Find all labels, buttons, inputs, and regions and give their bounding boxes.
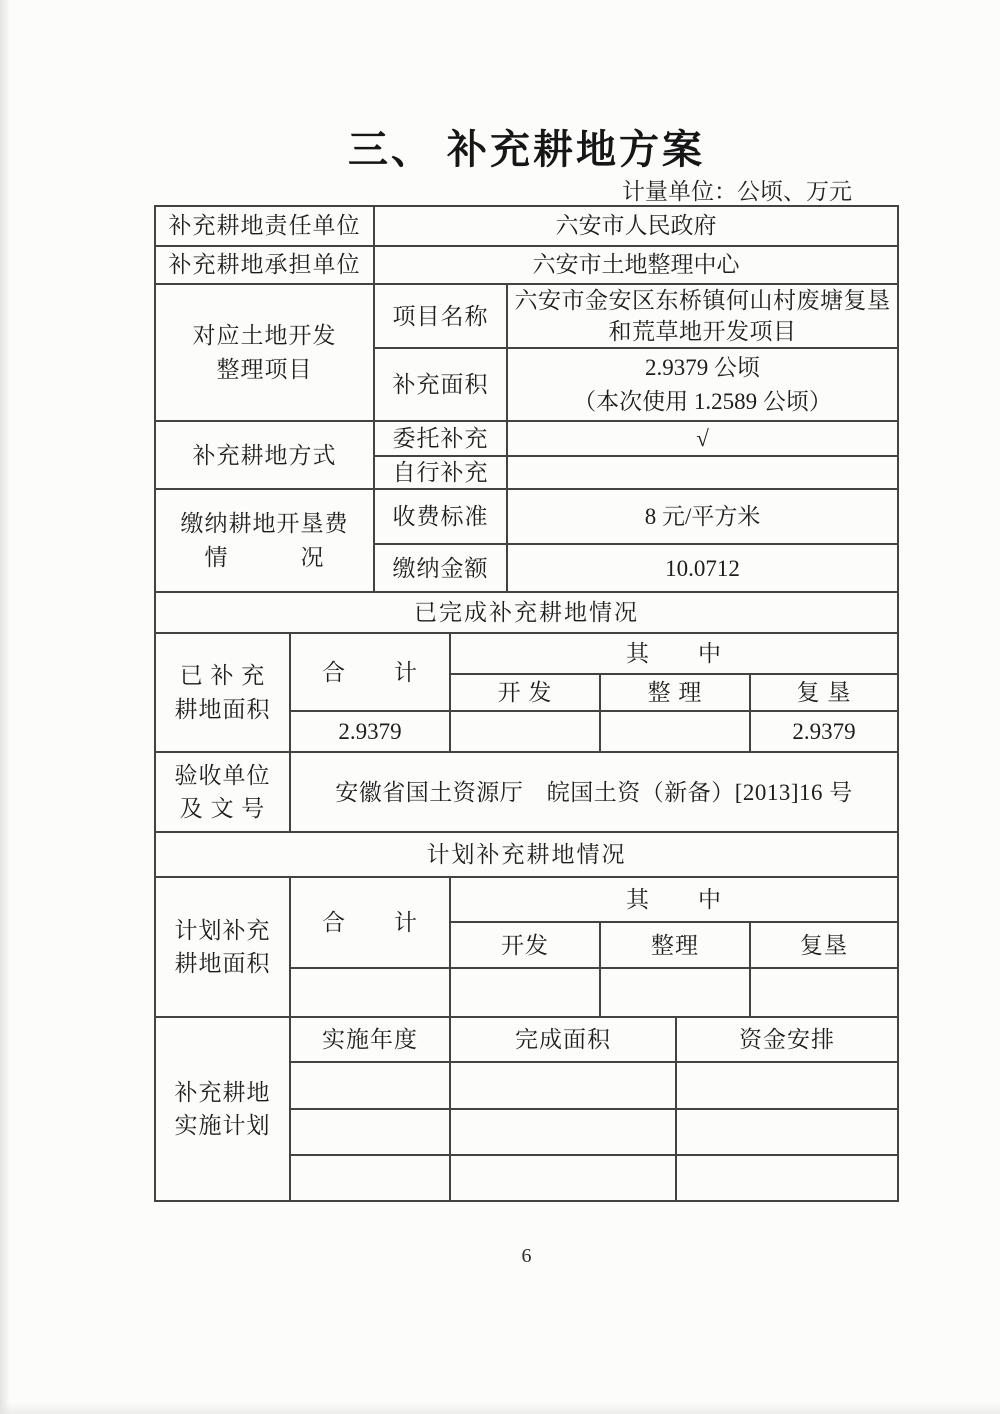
scan-edge-bottom [0,1402,1000,1414]
project-name-label: 项目名称 [374,284,507,348]
completed-area-label-line1: 已 补 充 [158,659,287,692]
completed-total-header: 合 计 [290,633,450,711]
planned-total-header: 合 计 [290,877,450,968]
self-supplement-label: 自行补充 [374,456,507,489]
completed-among-header: 其 中 [450,633,898,674]
implementation-fund-cell [676,1155,898,1201]
implementation-fund-cell [676,1062,898,1109]
acceptance-block-label: 验收单位 及 文 号 [155,752,290,832]
self-supplement-value [507,456,898,489]
completed-total-value: 2.9379 [290,711,450,752]
fee-block-label: 缴纳耕地开垦费 情 况 [155,489,374,592]
table-row: 补充耕地承担单位 六安市土地整理中心 [155,246,898,284]
supplement-area-value-line1: 2.9379 公顷 [510,351,895,384]
table-row: 补充耕地方式 委托补充 √ [155,421,898,456]
completed-area-label-line2: 耕地面积 [158,693,287,726]
table-row: 补充耕地 实施计划 实施年度 完成面积 资金安排 [155,1017,898,1062]
project-block-label-line2: 整理项目 [158,353,371,386]
supplement-area-value-line2: （本次使用 1.2589 公顷） [510,385,895,418]
completed-consolidate-header: 整 理 [600,674,750,711]
acceptance-document-value: 安徽省国土资源厅 皖国土资（新备）[2013]16 号 [290,752,898,832]
completed-reclaim-header: 复 垦 [750,674,898,711]
implementation-label-line1: 补充耕地 [158,1076,287,1109]
implementation-area-cell [450,1062,676,1109]
implementation-year-cell [290,1109,450,1155]
supplement-area-label: 补充面积 [374,348,507,421]
planned-section-title: 计划补充耕地情况 [155,832,898,877]
implementation-fund-header: 资金安排 [676,1017,898,1062]
table-row: 计划补充 耕地面积 合 计 其 中 [155,877,898,922]
planned-area-label-line1: 计划补充 [158,914,287,947]
entrusted-supplement-checkmark: √ [507,421,898,456]
table-row: 对应土地开发 整理项目 项目名称 六安市金安区东桥镇何山村废塘复垦和荒草地开发项… [155,284,898,348]
completed-develop-header: 开 发 [450,674,600,711]
implementation-year-cell [290,1062,450,1109]
fee-amount-value: 10.0712 [507,544,898,592]
supplementary-cultivated-land-table: 补充耕地责任单位 六安市人民政府 补充耕地承担单位 六安市土地整理中心 对应土地… [154,205,899,1202]
table-row: 缴纳耕地开垦费 情 况 收费标准 8 元/平方米 [155,489,898,544]
project-block-label-line1: 对应土地开发 [158,319,371,352]
implementation-area-cell [450,1109,676,1155]
planned-among-header: 其 中 [450,877,898,922]
acceptance-label-line2: 及 文 号 [158,792,287,825]
planned-consolidate-value [600,968,750,1017]
implementation-block-label: 补充耕地 实施计划 [155,1017,290,1201]
entrusted-supplement-label: 委托补充 [374,421,507,456]
implementation-year-cell [290,1155,450,1201]
completed-develop-value [450,711,600,752]
completed-section-title: 已完成补充耕地情况 [155,592,898,633]
table-row: 验收单位 及 文 号 安徽省国土资源厅 皖国土资（新备）[2013]16 号 [155,752,898,832]
planned-reclaim-header: 复垦 [750,922,898,968]
implementation-area-header: 完成面积 [450,1017,676,1062]
project-name-value: 六安市金安区东桥镇何山村废塘复垦和荒草地开发项目 [507,284,898,348]
implementation-fund-cell [676,1109,898,1155]
fee-standard-label: 收费标准 [374,489,507,544]
fee-block-label-line1: 缴纳耕地开垦费 [158,507,371,540]
page-title: 三、 补充耕地方案 [155,118,898,175]
fee-amount-label: 缴纳金额 [374,544,507,592]
implementation-label-line2: 实施计划 [158,1109,287,1142]
undertaking-unit-value: 六安市土地整理中心 [374,246,898,284]
planned-reclaim-value [750,968,898,1017]
planned-consolidate-header: 整理 [600,922,750,968]
completed-reclaim-value: 2.9379 [750,711,898,752]
fee-standard-value: 8 元/平方米 [507,489,898,544]
planned-develop-header: 开发 [450,922,600,968]
responsible-unit-value: 六安市人民政府 [374,206,898,246]
responsible-unit-label: 补充耕地责任单位 [155,206,374,246]
undertaking-unit-label: 补充耕地承担单位 [155,246,374,284]
table-row: 补充耕地责任单位 六安市人民政府 [155,206,898,246]
planned-area-block-label: 计划补充 耕地面积 [155,877,290,1017]
table-row: 已 补 充 耕地面积 合 计 其 中 [155,633,898,674]
acceptance-label-line1: 验收单位 [158,759,287,792]
fee-block-label-line2: 情 况 [158,541,371,574]
implementation-year-header: 实施年度 [290,1017,450,1062]
planned-develop-value [450,968,600,1017]
table-row: 已完成补充耕地情况 [155,592,898,633]
scan-edge-left [0,0,10,1414]
completed-consolidate-value [600,711,750,752]
implementation-area-cell [450,1155,676,1201]
page-number: 6 [155,1245,898,1268]
project-block-label: 对应土地开发 整理项目 [155,284,374,421]
table-row: 计划补充耕地情况 [155,832,898,877]
planned-area-label-line2: 耕地面积 [158,947,287,980]
supplement-area-value: 2.9379 公顷 （本次使用 1.2589 公顷） [507,348,898,421]
measurement-unit-note: 计量单位：公顷、万元 [155,173,898,206]
method-block-label: 补充耕地方式 [155,421,374,489]
planned-total-value [290,968,450,1017]
completed-area-block-label: 已 补 充 耕地面积 [155,633,290,752]
